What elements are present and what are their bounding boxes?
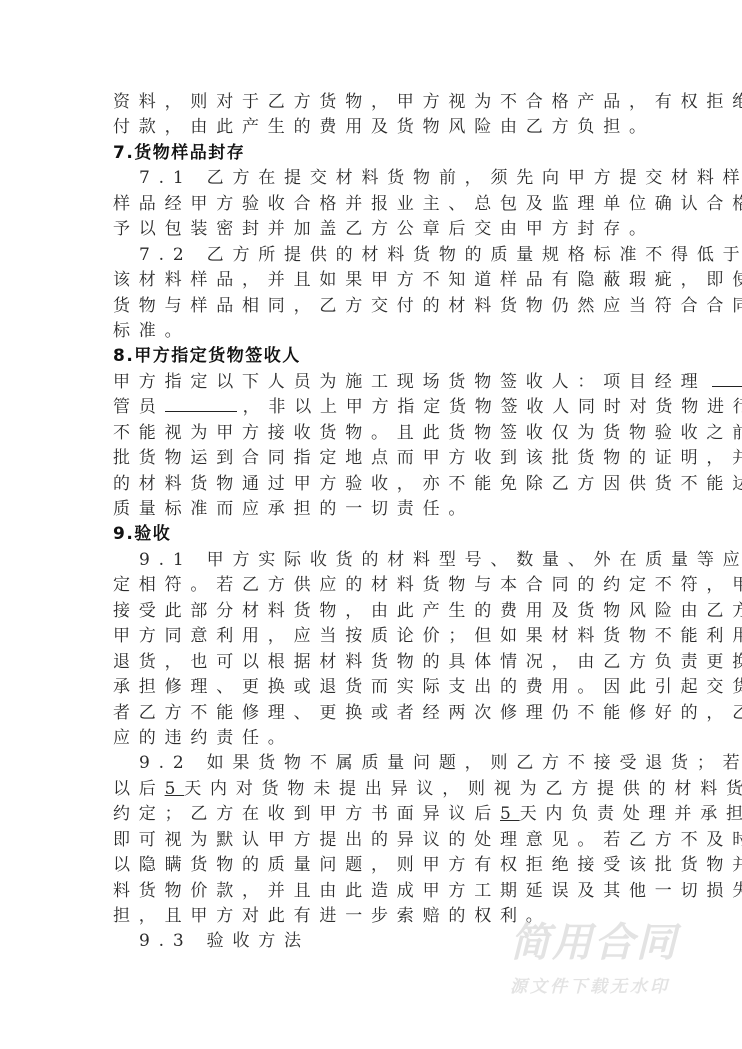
section-heading: 7.货物样品封存 bbox=[113, 141, 643, 166]
paragraph-line: 甲方同意利用，应当按质论价；但如果材料货物不能利用，甲方有权 bbox=[113, 624, 643, 649]
paragraph-line: 样品经甲方验收合格并报业主、总包及监理单位确认合格后，由乙方 bbox=[113, 192, 643, 217]
text: 天内负责处理并承担费用，否则 bbox=[520, 804, 742, 824]
paragraph-line: 以隐瞒货物的质量问题，则甲方有权拒绝接受该批货物并拒付该批材 bbox=[113, 853, 643, 878]
paragraph-line: 9.2 如果货物不属质量问题，则乙方不接受退货；若甲方在施工完 bbox=[113, 751, 643, 776]
text: 以后 bbox=[113, 779, 165, 799]
signer-text: 甲方指定以下人员为施工现场货物签收人：项目经理 bbox=[113, 372, 706, 392]
days-value: 5 bbox=[165, 779, 185, 799]
text: 约定；乙方在收到甲方书面异议后 bbox=[113, 804, 500, 824]
watermark: 简用合同 源文件下载无水印 bbox=[510, 920, 730, 997]
paragraph-line: 定相符。若乙方供应的材料货物与本合同的约定不符，甲方有权拒绝 bbox=[113, 573, 643, 598]
paragraph-line: 接受此部分材料货物，由此产生的费用及货物风险由乙方负担。如果 bbox=[113, 599, 643, 624]
paragraph-line: 者乙方不能修理、更换或者经两次修理仍不能修好的，乙方应承担相 bbox=[113, 701, 643, 726]
paragraph-line: 退货，也可以根据材料货物的具体情况，由乙方负责更换或修理，并 bbox=[113, 650, 643, 675]
signer-line-2: 管员，非以上甲方指定货物签收人同时对货物进行签收的， bbox=[113, 395, 643, 420]
watermark-title: 简用合同 bbox=[510, 920, 730, 966]
paragraph-line: 9.1 甲方实际收货的材料型号、数量、外在质量等应与本合同约 bbox=[113, 548, 643, 573]
paragraph-line: 不能视为甲方接收货物。且此货物签收仅为货物验收之前，乙方将该 bbox=[113, 421, 643, 446]
paragraph-line: 批货物运到合同指定地点而甲方收到该批货物的证明，并不代表乙方 bbox=[113, 446, 643, 471]
paragraph-line: 质量标准而应承担的一切责任。 bbox=[113, 497, 643, 522]
warehouse-label: 管员 bbox=[113, 397, 165, 417]
paragraph-line: 应的违约责任。 bbox=[113, 726, 643, 751]
paragraph-line: 该材料样品，并且如果甲方不知道样品有隐蔽瑕疵，即使交付的材料 bbox=[113, 268, 643, 293]
clause-9-2-line-2: 以后5天内对货物未提出异议，则视为乙方提供的材料货物符合合同 bbox=[113, 777, 643, 802]
document-page: 资料，则对于乙方货物，甲方视为不合格产品，有权拒绝接收并拒绝付款，由此产生的费用… bbox=[113, 90, 643, 955]
warehouse-keeper-blank[interactable] bbox=[165, 396, 237, 412]
paragraph-line: 货物与样品相同，乙方交付的材料货物仍然应当符合合同约定的质量 bbox=[113, 294, 643, 319]
text-block-b: 不能视为甲方接收货物。且此货物签收仅为货物验收之前，乙方将该批货物运到合同指定地… bbox=[113, 421, 643, 777]
text: 天内对货物未提出异议，则视为乙方提供的材料货物符合合同 bbox=[184, 779, 742, 799]
paragraph-line: 7.2 乙方所提供的材料货物的质量规格标准不得低于甲方封存的 bbox=[113, 243, 643, 268]
paragraph-line: 即可视为默认甲方提出的异议的处理意见。若乙方不及时更换或仍然 bbox=[113, 828, 643, 853]
signer-text-2: ，非以上甲方指定货物签收人同时对货物进行签收的， bbox=[243, 397, 742, 417]
paragraph-line: 7.1 乙方在提交材料货物前，须先向甲方提交材料样品，该材料 bbox=[113, 166, 643, 191]
paragraph-line: 予以包装密封并加盖乙方公章后交由甲方封存。 bbox=[113, 217, 643, 242]
section-heading: 8.甲方指定货物签收人 bbox=[113, 344, 643, 369]
paragraph-line: 料货物价款，并且由此造成甲方工期延误及其他一切损失均由乙方承 bbox=[113, 879, 643, 904]
paragraph-line: 的材料货物通过甲方验收，亦不能免除乙方因供货不能达到合同约定 bbox=[113, 472, 643, 497]
section-heading: 9.验收 bbox=[113, 522, 643, 547]
paragraph-line: 承担修理、更换或退货而实际支出的费用。因此引起交货日期拖延或 bbox=[113, 675, 643, 700]
text-block-a: 资料，则对于乙方货物，甲方视为不合格产品，有权拒绝接收并拒绝付款，由此产生的费用… bbox=[113, 90, 643, 370]
project-manager-blank[interactable] bbox=[712, 371, 742, 387]
days-value: 5 bbox=[500, 804, 520, 824]
watermark-subtitle: 源文件下载无水印 bbox=[510, 972, 730, 997]
paragraph-line: 标准。 bbox=[113, 319, 643, 344]
clause-9-2-line-3: 约定；乙方在收到甲方书面异议后5天内负责处理并承担费用，否则 bbox=[113, 802, 643, 827]
signer-line-1: 甲方指定以下人员为施工现场货物签收人：项目经理，库 bbox=[113, 370, 643, 395]
paragraph-line: 付款，由此产生的费用及货物风险由乙方负担。 bbox=[113, 115, 643, 140]
paragraph-line: 资料，则对于乙方货物，甲方视为不合格产品，有权拒绝接收并拒绝 bbox=[113, 90, 643, 115]
